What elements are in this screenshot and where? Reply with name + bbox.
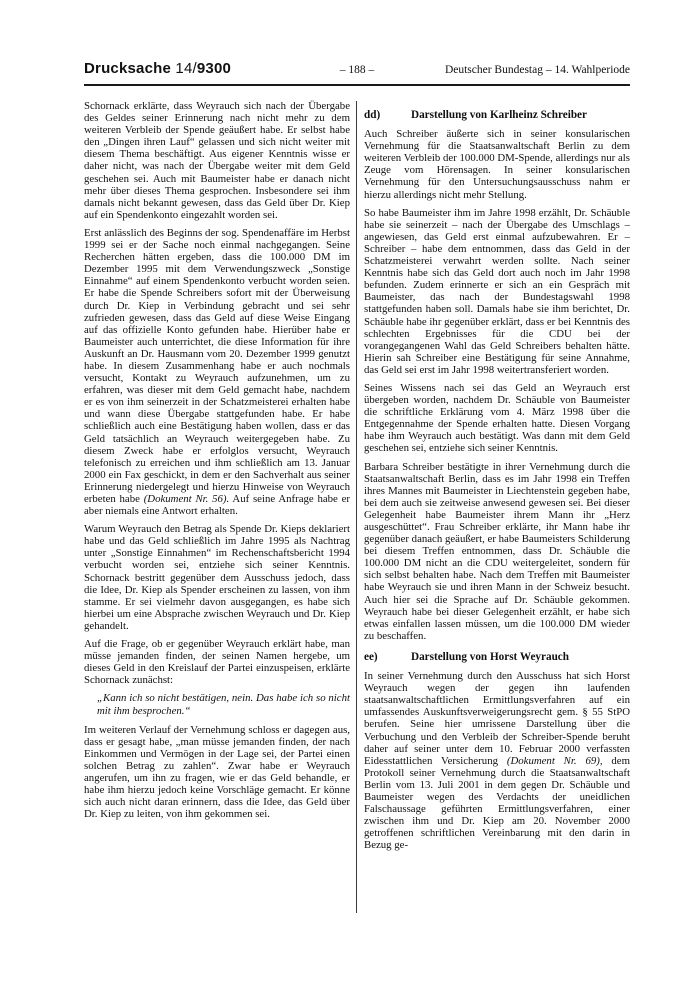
paragraph: Auf die Frage, ob er gegenüber Weyrauch … (84, 638, 350, 686)
doc-label: Drucksache (84, 60, 175, 77)
doc-number-main: 9300 (197, 60, 231, 77)
section-heading: dd)Darstellung von Karlheinz Schreiber (364, 109, 630, 121)
doc-number-prefix: 14/ (175, 60, 196, 77)
text-run: Schornack erklärte, dass Weyrauch sich n… (84, 100, 350, 221)
paragraph: Schornack erklärte, dass Weyrauch sich n… (84, 100, 350, 221)
paragraph: Barbara Schreiber bestätigte in ihrer Ve… (364, 461, 630, 642)
document-page: Drucksache 14/9300 – 188 – Deutscher Bun… (0, 0, 700, 990)
text-columns: Schornack erklärte, dass Weyrauch sich n… (84, 100, 630, 857)
doc-number: Drucksache 14/9300 (84, 60, 231, 77)
text-run: Auf die Frage, ob er gegenüber Weyrauch … (84, 638, 350, 686)
header-left: Drucksache 14/9300 (84, 60, 340, 78)
column-right: dd)Darstellung von Karlheinz SchreiberAu… (364, 100, 630, 857)
column-left: Schornack erklärte, dass Weyrauch sich n… (84, 100, 350, 857)
section-number: ee) (364, 651, 411, 663)
text-run: Im weiteren Verlauf der Vernehmung schlo… (84, 724, 350, 821)
paragraph: Seines Wissens nach sei das Geld an Weyr… (364, 382, 630, 455)
page-header: Drucksache 14/9300 – 188 – Deutscher Bun… (84, 60, 630, 86)
edition-label: Deutscher Bundestag – 14. Wahlperiode (374, 64, 630, 76)
text-run: So habe Baumeister ihm im Jahre 1998 erz… (364, 207, 630, 376)
section-number: dd) (364, 109, 411, 121)
paragraph: Auch Schreiber äußerte sich in seiner ko… (364, 128, 630, 201)
paragraph: Im weiteren Verlauf der Vernehmung schlo… (84, 724, 350, 821)
text-run: Erst anlässlich des Beginns der sog. Spe… (84, 227, 350, 505)
text-run: Warum Weyrauch den Betrag als Spende Dr.… (84, 523, 350, 632)
paragraph: Erst anlässlich des Beginns der sog. Spe… (84, 227, 350, 517)
text-run: Seines Wissens nach sei das Geld an Weyr… (364, 382, 630, 454)
section-title: Darstellung von Karlheinz Schreiber (411, 109, 587, 121)
section-heading: ee)Darstellung von Horst Weyrauch (364, 651, 630, 663)
text-run: dem Protokoll seiner Vernehmung durch di… (364, 755, 630, 852)
text-run: Auch Schreiber äußerte sich in seiner ko… (364, 128, 630, 200)
text-run: Barbara Schreiber bestätigte in ihrer Ve… (364, 461, 630, 642)
paragraph: Warum Weyrauch den Betrag als Spende Dr.… (84, 523, 350, 632)
page-number: – 188 – (340, 64, 375, 76)
block-quote: „Kann ich so nicht bestätigen, nein. Das… (97, 692, 350, 716)
italic-text-run: (Dokument Nr. 69), (507, 755, 603, 767)
paragraph: So habe Baumeister ihm im Jahre 1998 erz… (364, 207, 630, 376)
italic-text-run: „Kann ich so nicht bestätigen, nein. Das… (97, 692, 350, 716)
paragraph: In seiner Vernehmung durch den Ausschuss… (364, 670, 630, 851)
text-run: In seiner Vernehmung durch den Ausschuss… (364, 670, 630, 767)
italic-text-run: (Dokument Nr. 56). (144, 493, 230, 505)
section-title: Darstellung von Horst Weyrauch (411, 651, 569, 663)
